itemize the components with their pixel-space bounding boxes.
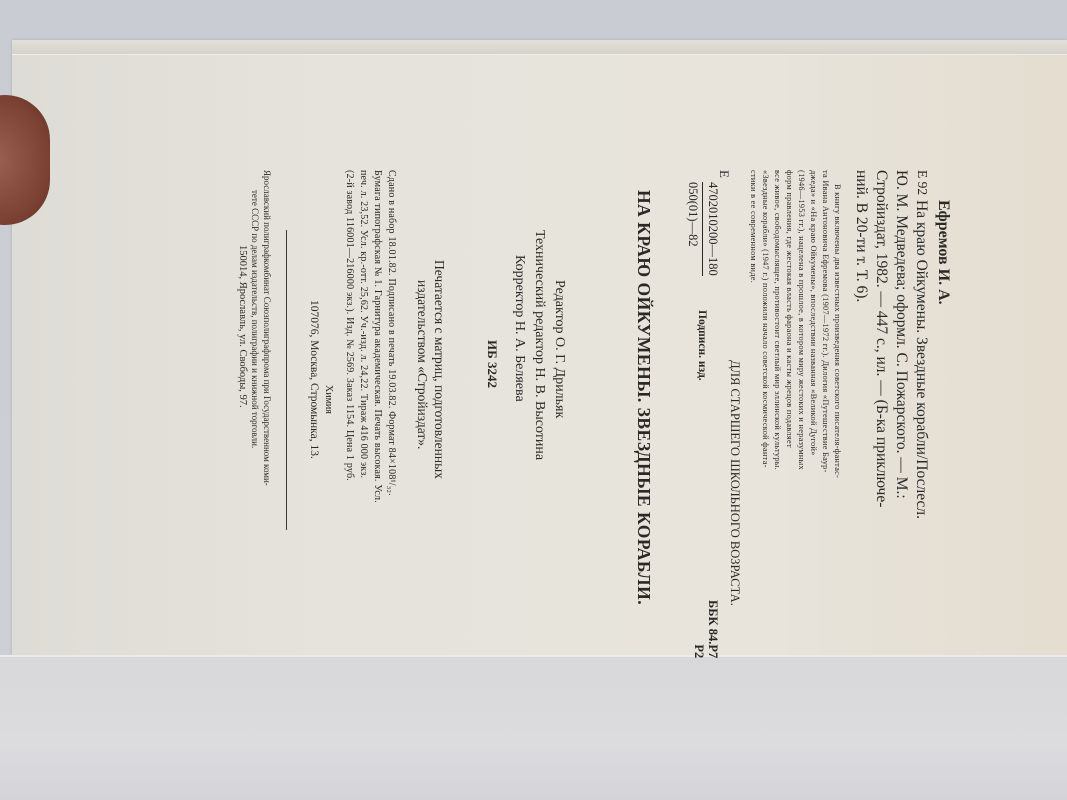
annotation-line: (1946—1953 гг.), нацелена в прошлое, в к… xyxy=(797,170,806,470)
index-fraction: 4702010200—180 050(01)—82 xyxy=(685,182,720,276)
printed-from-line: Печатается с матриц, подготовленных xyxy=(431,260,447,479)
divider xyxy=(286,230,287,530)
annotation-line: джеда» и «На краю Ойкумены», впоследстви… xyxy=(809,170,818,456)
index-letter: Е xyxy=(716,170,732,178)
colophon-text: Е 92 Ефремов И. А. На краю Ойкумены. Зве… xyxy=(132,170,952,690)
printer-line: Ярославский полиграфкомбинат Союзполигра… xyxy=(262,170,272,486)
index-numerator: 4702010200—180 xyxy=(702,182,720,276)
annotation-line: та Ивана Антоновича Ефремова (1907—1972 … xyxy=(821,170,830,473)
annotation-line: В книгу включены два известных произведе… xyxy=(833,184,842,478)
bib-line: На краю Ойкумены. Звездные корабли/После… xyxy=(912,200,930,519)
tech-editor-credit: Технический редактор Н. В. Высотина xyxy=(531,230,547,460)
annotation-line: «Звездные корабли» (1947 г.) положили на… xyxy=(761,170,770,468)
annotation-line: все живое, свободомыслящее, противостоит… xyxy=(773,170,782,470)
bbk-code: ББК 84.Р7 Р2 xyxy=(692,600,720,658)
ib-number: ИБ 3242 xyxy=(484,340,500,388)
bib-line: ний. В 20-ти т. Т. 6). xyxy=(852,170,870,302)
subscription-note: Подписн. изд. xyxy=(696,310,708,381)
annotation-line: форм правления, где жестокая власть фара… xyxy=(785,170,794,448)
printer-line: 150014, Ярославль, ул. Свободы, 97. xyxy=(237,245,248,408)
proofreader-credit: Корректор Н. А. Беляева xyxy=(511,255,527,402)
bib-line: Ю. М. Медведева; оформл. С. Пожарского. … xyxy=(892,170,910,499)
printed-from-line: издательством «Стройиздат». xyxy=(414,280,430,449)
index-denominator: 050(01)—82 xyxy=(685,182,702,276)
audience-note: ДЛЯ СТАРШЕГО ШКОЛЬНОГО ВОЗРАСТА. xyxy=(727,360,742,606)
publisher-name: Химия xyxy=(323,385,334,414)
class-code: Е 92 xyxy=(914,170,930,195)
tech-detail-line: (2-й завод 116001—216000 экз.). Изд. № 2… xyxy=(344,170,355,481)
page-edge xyxy=(12,40,1067,55)
publisher-address: 107076, Москва, Стромынка, 13. xyxy=(308,300,320,459)
tech-detail-line: печ. л. 23,52. Усл. кр.-отт. 25,62. Уч.-… xyxy=(358,170,369,478)
printer-line: тете СССР по делам издательств, полиграф… xyxy=(250,190,260,448)
tech-detail-line: Бумага типографская № 1. Гарнитура акаде… xyxy=(372,170,383,503)
annotation-line: стики в ее современном виде. xyxy=(749,170,758,283)
bib-line: Стройиздат, 1982. — 447 с., ил. — (Б-ка … xyxy=(872,170,890,507)
book-title: НА КРАЮ ОЙКУМЕНЫ. ЗВЕЗДНЫЕ КОРАБЛИ. xyxy=(633,190,654,605)
tech-detail-line: Сдано в набор 18.01.82. Подписано в печа… xyxy=(386,170,397,496)
author: Ефремов И. А. xyxy=(934,200,952,305)
bbk-line: Р2 xyxy=(692,600,706,658)
bbk-line: ББК 84.Р7 xyxy=(706,600,720,658)
editor-credit: Редактор О. Г. Дрильяк xyxy=(551,280,567,418)
